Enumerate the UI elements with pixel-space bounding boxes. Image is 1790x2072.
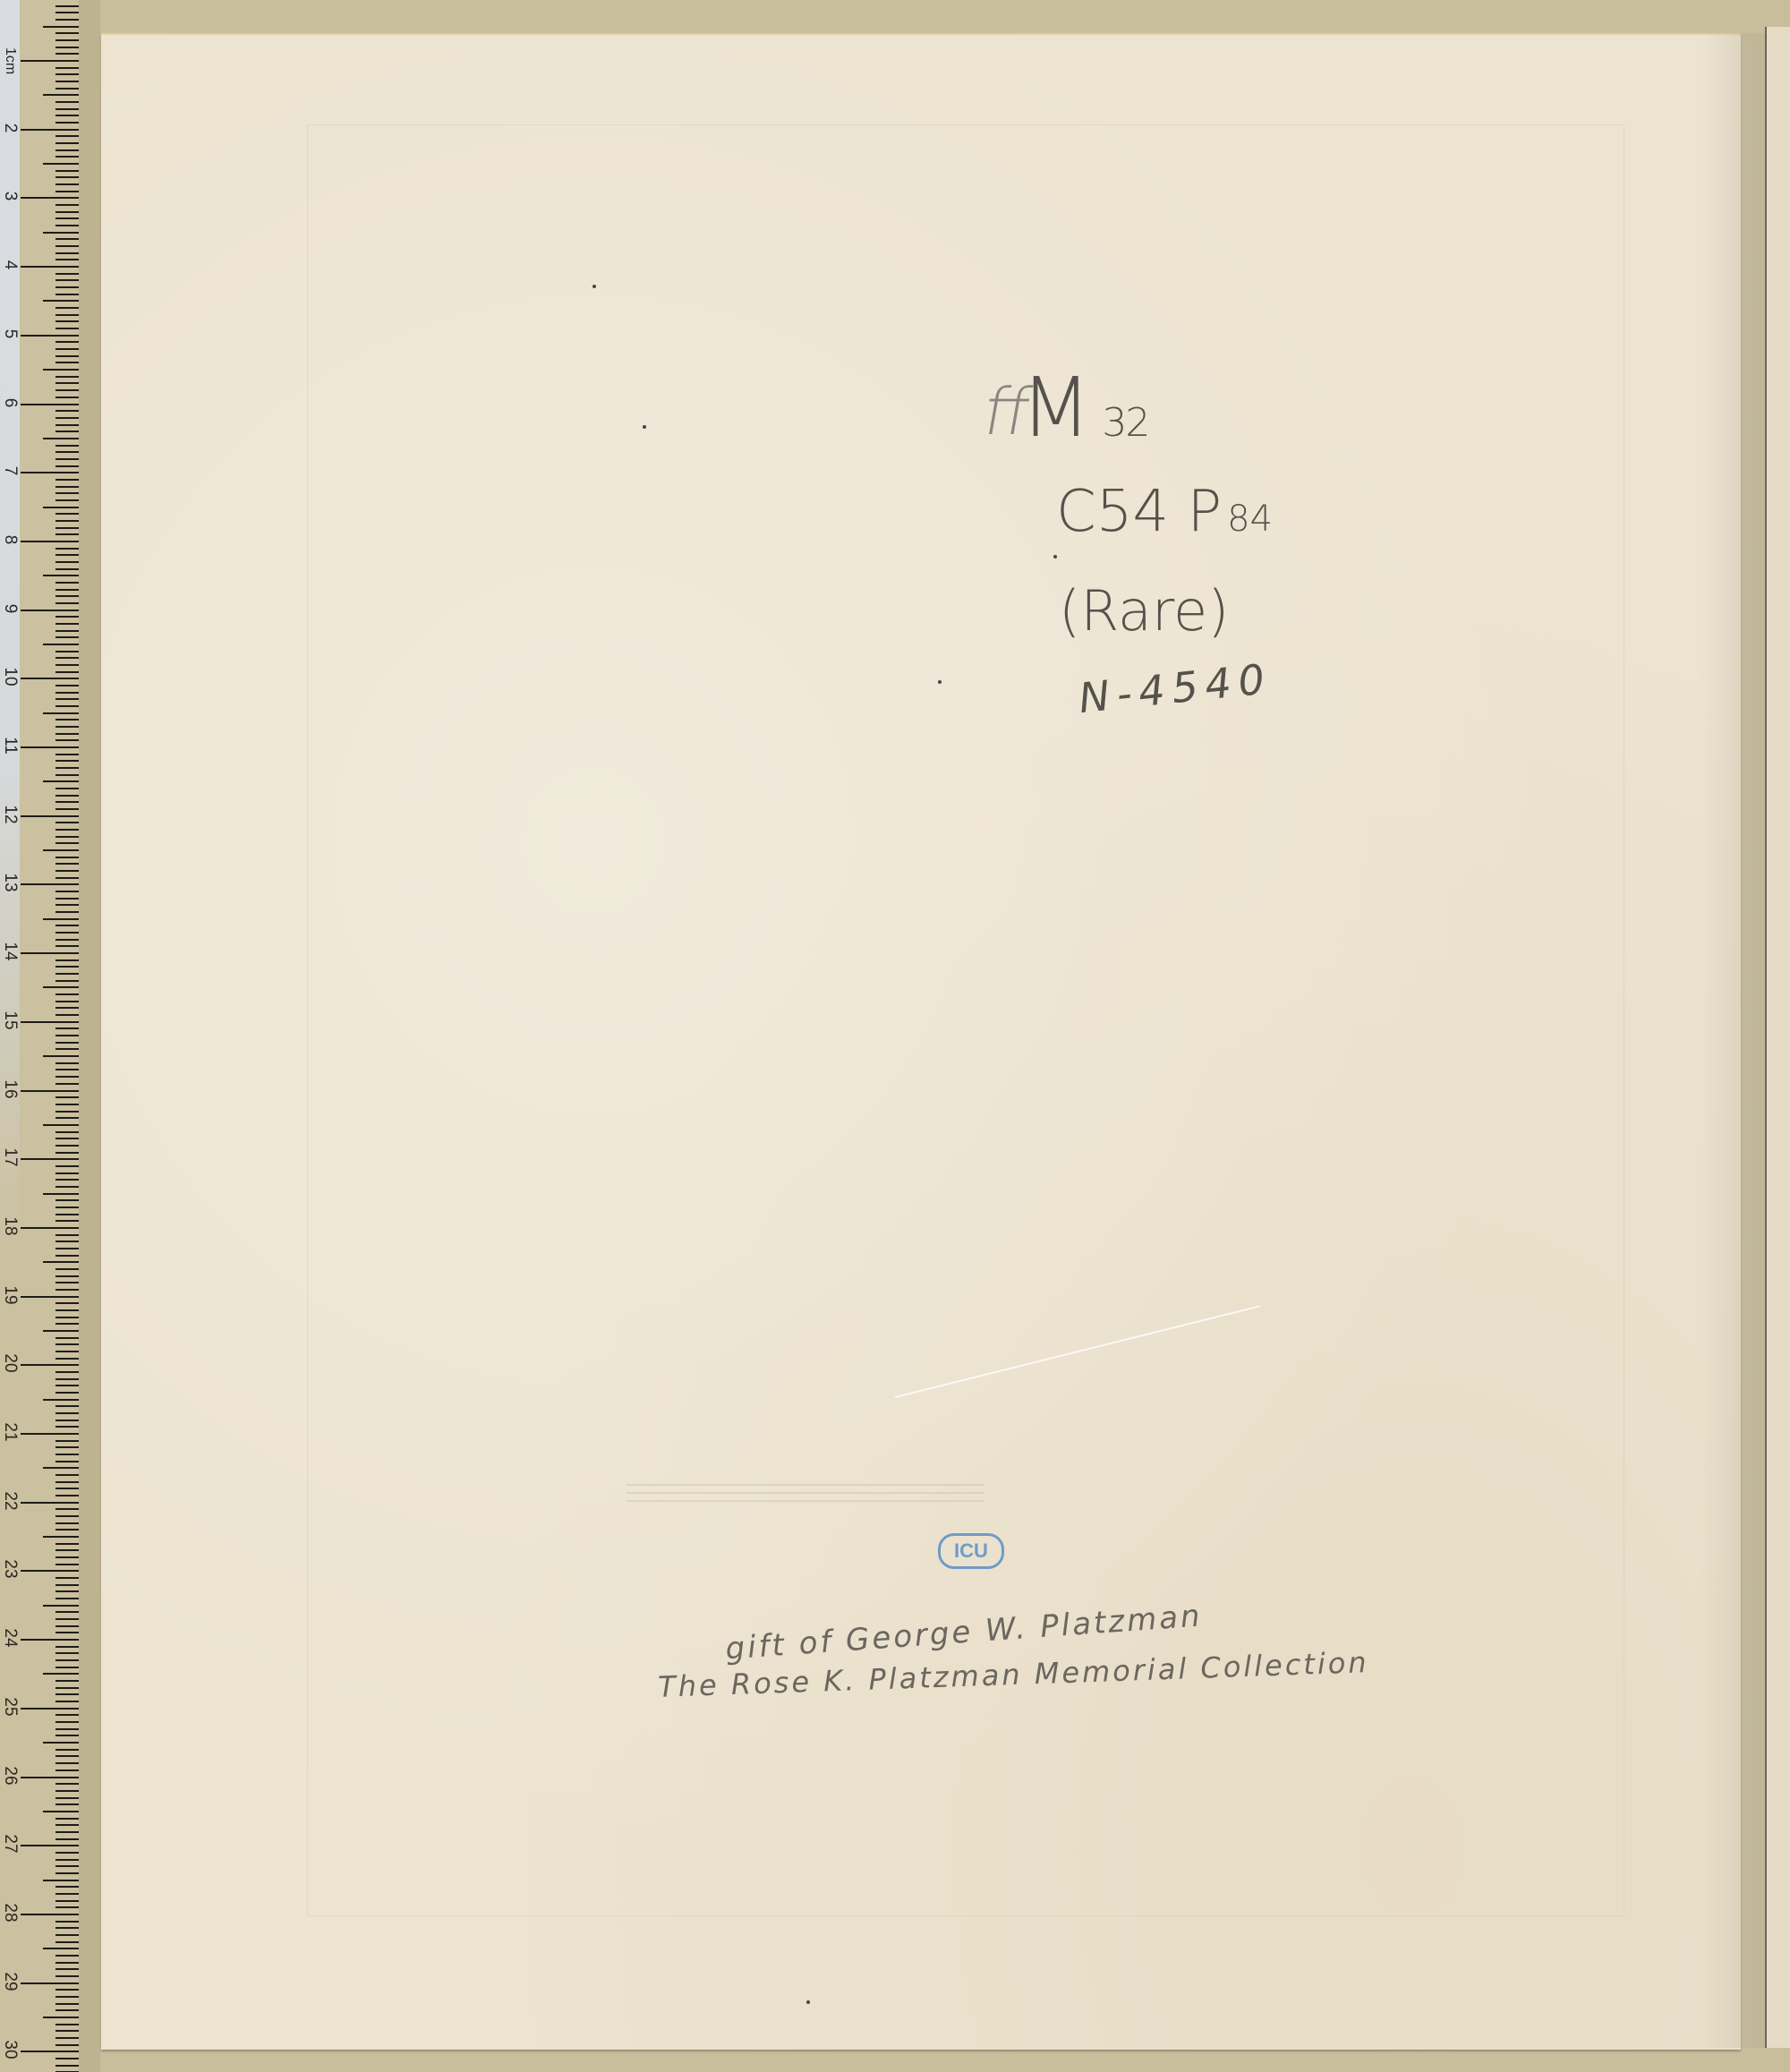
ruler-tick [55,1268,79,1270]
ruler-tick [55,671,79,673]
ruler-tick [55,1934,79,1936]
ruler-tick [55,1968,79,1970]
ruler-tick [55,328,79,329]
ruler-tick [55,47,79,48]
ruler-tick [55,1590,79,1592]
ruler-tick [55,1556,79,1558]
ruler-tick [55,1027,79,1029]
ruler-tick [43,1399,79,1401]
ruler-number: 8 [0,530,20,550]
ruler-tick [21,815,79,817]
ruler-tick [55,1728,79,1730]
ruler-tick [55,1248,79,1249]
ruler-tick [55,911,79,913]
ruler-tick [55,1392,79,1394]
ruler-tick [55,932,79,934]
ruler-tick [43,986,79,988]
ruler-tick [55,1646,79,1648]
ruler-tick [55,88,79,90]
ruler-tick [21,2051,79,2052]
ruler-tick [55,279,79,281]
ruler-tick [55,589,79,591]
ruler-number: 6 [0,393,20,413]
ruler-tick [43,644,79,645]
ruler-tick [55,5,79,7]
ruler-tick [55,183,79,185]
ruler-tick [55,115,79,116]
ruler-tick [55,1117,79,1119]
ruler-tick [55,891,79,892]
ruler-tick [21,1845,79,1846]
ruler-tick [55,1962,79,1964]
ruler-tick [55,754,79,755]
ruler-tick [21,472,79,473]
ruler-tick [55,204,79,206]
ruler-tick [43,1605,79,1607]
library-stamp: ICU [938,1533,1004,1569]
ruler-number: 21 [0,1422,20,1442]
ruler-tick [55,1302,79,1304]
ruler-tick [21,1914,79,1915]
ruler-tick [55,1529,79,1531]
ruler-tick [55,1790,79,1792]
ruler-tick [55,1872,79,1874]
document-page [101,33,1741,2050]
ruler-tick [55,623,79,625]
ruler-tick [55,142,79,144]
ruler-tick [21,610,79,611]
ruler-tick [21,266,79,268]
ruler-tick [55,1701,79,1702]
ruler-tick [43,1948,79,1949]
ruler-tick [55,1440,79,1442]
ruler-tick [21,1777,79,1778]
ruler-tick [43,2017,79,2018]
ruler-tick [21,678,79,679]
ruler-tick [55,135,79,137]
ruler-tick [55,1488,79,1489]
ruler-tick [55,719,79,721]
ruler-tick [55,225,79,226]
ruler-tick [55,863,79,865]
ruler-tick [55,829,79,831]
bleed-through-text [626,1484,984,1502]
ruler-tick [55,1941,79,1943]
ruler-number: 23 [0,1559,20,1579]
ruler-tick [55,1358,79,1360]
ruler-tick [55,726,79,728]
ruler-tick [55,1104,79,1105]
ruler-tick [55,191,79,192]
ruler-tick [43,300,79,302]
ruler-tick [55,245,79,247]
ruler-tick [21,1364,79,1366]
ruler-tick [21,883,79,885]
ruler-tick [55,314,79,316]
ruler-tick [55,1152,79,1154]
ruler-tick [55,1659,79,1661]
ruler-tick [55,499,79,501]
ruler-tick [55,1069,79,1070]
ruler-tick [55,1831,79,1833]
ruler-tick [55,1042,79,1044]
call-number-class: M [1020,360,1089,456]
ruler-tick [55,898,79,900]
ruler-tick [55,122,79,124]
ruler-tick [55,1762,79,1764]
ruler-tick [21,541,79,542]
ruler-tick [55,1426,79,1428]
ruler-tick [55,376,79,378]
ruler-tick [43,1124,79,1126]
ruler-tick [55,12,79,13]
ruler-tick [55,1906,79,1908]
ruler-tick [55,657,79,659]
ruler-tick [55,1989,79,1991]
ruler-tick [55,568,79,570]
paper-speck [938,680,942,684]
ruler-tick [55,1818,79,1820]
ruler-tick [55,176,79,178]
ruler-tick [55,636,79,638]
ruler-tick [55,1632,79,1633]
ruler-tick [43,1742,79,1744]
ruler-number: 9 [0,599,20,618]
ruler-tick [21,197,79,199]
ruler-tick [55,1007,79,1009]
ruler-number: 2 [0,118,20,138]
ruler-tick [43,1055,79,1057]
ruler-tick [55,685,79,686]
ruler-tick [55,1199,79,1201]
ruler-tick [55,842,79,844]
ruler-tick [55,739,79,741]
ruler-tick [21,1570,79,1572]
ruler-tick [55,1755,79,1757]
ruler-tick [21,1158,79,1160]
ruler-tick [55,966,79,968]
ruler-tick [55,2058,79,2059]
ruler-tick [55,616,79,618]
ruler-tick [21,404,79,405]
ruler-tick [55,904,79,906]
ruler-tick [55,925,79,926]
ruler-tick [55,1317,79,1318]
ruler-tick [55,1385,79,1386]
paper-speck [592,285,596,288]
ruler-tick [55,1179,79,1181]
ruler-number: 26 [0,1766,20,1786]
ruler-tick [55,1309,79,1311]
ruler-number: 17 [0,1147,20,1167]
ruler-tick [55,1214,79,1215]
ruler-tick [55,19,79,21]
ruler-tick [55,108,79,110]
ruler-tick [55,1611,79,1613]
ruler-tick [55,870,79,872]
ruler-tick [55,252,79,254]
ruler-tick [55,1062,79,1064]
ruler-tick [55,39,79,41]
ruler-tick [55,2024,79,2025]
ruler-tick [55,1769,79,1771]
ruler-tick [55,1131,79,1133]
ruler-tick [55,1543,79,1545]
ruler-tick [43,1261,79,1263]
ruler-tick [21,335,79,337]
ruler-tick [55,81,79,82]
ruler-tick [55,417,79,419]
ruler-tick [43,163,79,165]
ruler-tick [55,1234,79,1236]
ruler-tick [55,238,79,240]
ruler-tick [55,273,79,275]
binding-spine [1765,27,1790,2048]
ruler-tick [55,73,79,75]
ruler-tick [55,156,79,158]
ruler-tick [55,1598,79,1599]
ruler-tick [55,1001,79,1002]
ruler-tick [55,1797,79,1799]
ruler-tick [21,1227,79,1229]
ruler-number: 30 [0,2040,20,2059]
ruler-tick [55,170,79,172]
ruler-tick [55,1371,79,1373]
ruler-tick [55,1289,79,1291]
ruler-tick [21,60,79,62]
ruler-tick [55,1454,79,1455]
ruler-tick [55,348,79,350]
ruler-tick [55,1337,79,1339]
ruler-tick [55,486,79,488]
ruler-tick [43,507,79,508]
ruler-tick [55,1495,79,1496]
ruler-tick [55,1618,79,1620]
ruler-tick [55,320,79,322]
ruler-tick [55,1083,79,1085]
ruler-tick [55,801,79,803]
ruler-tick [43,780,79,782]
ruler-tick [55,959,79,961]
ruler-tick [55,217,79,219]
ruler-tick [55,582,79,584]
ruler-tick [55,211,79,213]
ruler-tick [55,2003,79,2005]
call-number-line-2: C54 P84 [1056,479,1273,545]
ruler-tick [55,1351,79,1352]
ruler-tick [55,32,79,34]
ruler-number: 5 [0,324,20,344]
ruler-tick [55,1111,79,1113]
ruler-tick [55,294,79,295]
ruler-number: 27 [0,1834,20,1854]
ruler-tick [21,1090,79,1092]
paper-speck [643,425,646,429]
ruler-number: 15 [0,1010,20,1030]
ruler-tick [55,527,79,529]
ruler-tick [55,1714,79,1716]
ruler-tick [55,595,79,597]
ruler-tick [55,2044,79,2046]
ruler-number: 25 [0,1697,20,1717]
ruler-tick [55,1461,79,1462]
ruler-tick [55,1508,79,1510]
call-number-cutter: C54 P [1056,479,1222,545]
ruler-tick [55,1412,79,1414]
ruler-tick [43,1536,79,1538]
ruler-tick [55,945,79,947]
ruler-tick [55,1783,79,1785]
ruler-tick [21,1021,79,1023]
ruler-tick [43,918,79,920]
ruler-tick [55,1577,79,1579]
ruler-tick [55,1323,79,1325]
ruler-tick [55,1255,79,1257]
ruler-tick [55,1687,79,1689]
ruler-tick [55,53,79,55]
ruler-tick [55,1921,79,1923]
ruler-tick [21,1708,79,1710]
ruler-tick [55,760,79,762]
ruler-tick [55,692,79,694]
ruler-tick [55,1446,79,1448]
ruler-tick [55,664,79,666]
ruler-tick [43,1880,79,1881]
ruler-number: 29 [0,1972,20,1991]
ruler-tick [55,1048,79,1050]
ruler-tick [55,1652,79,1654]
ruler-tick [43,1330,79,1332]
ruler-tick [55,424,79,426]
ruler-tick [55,533,79,535]
ruler-tick [55,774,79,776]
ruler-tick [55,1859,79,1861]
ruler-number: 11 [0,736,20,755]
ruler-tick [55,561,79,563]
ruler-tick [43,438,79,439]
ruler-tick [55,465,79,467]
ruler-tick [55,1893,79,1895]
ruler-tick [55,67,79,69]
ruler-tick [55,451,79,453]
ruler-tick [43,369,79,371]
ruler-tick [43,232,79,234]
ruler-tick [55,2009,79,2011]
ruler-tick [55,1343,79,1345]
ruler-tick [21,129,79,131]
ruler-tick [55,795,79,797]
ruler-tick [55,1886,79,1888]
paper-speck [1053,555,1057,559]
ruler-tick [55,1667,79,1668]
ruler-tick [55,1145,79,1147]
ruler-tick [55,1852,79,1854]
ruler-tick [55,1564,79,1565]
ruler-tick [55,1838,79,1840]
ruler-number: 10 [0,667,20,686]
ruler-tick [55,1522,79,1524]
ruler-tick [43,1193,79,1195]
ruler-number: 3 [0,186,20,206]
ruler-tick [55,822,79,823]
ruler-tick [55,788,79,789]
ruler-tick [55,1405,79,1407]
ruler-tick [55,101,79,103]
ruler-tick [21,1433,79,1435]
ruler-tick [55,479,79,481]
ruler-tick [43,1673,79,1675]
ruler-tick [55,1927,79,1929]
call-number-line-1: M32 [1020,360,1148,456]
ruler-tick [55,1865,79,1867]
ruler-tick [43,1467,79,1469]
ruler-tick [55,1282,79,1283]
ruler-tick [21,952,79,954]
ruler-tick [55,1584,79,1586]
ruler-tick [55,1014,79,1016]
ruler-tick [55,1803,79,1805]
ruler-tick [55,1625,79,1627]
ruler-tick [55,513,79,515]
measuring-ruler: 1cm 234567891011121314151617181920212223… [0,0,81,2072]
ruler-tick [55,1721,79,1723]
ruler-tick [55,1076,79,1078]
ruler-tick [43,849,79,851]
ruler-number: 20 [0,1353,20,1373]
ruler-tick [55,2065,79,2067]
ruler-tick [21,1296,79,1298]
ruler-tick [55,149,79,151]
ruler-tick [55,1955,79,1957]
ruler-tick [43,712,79,714]
ruler-tick [55,1474,79,1476]
ruler-number: 14 [0,942,20,961]
ruler-tick [55,396,79,398]
ruler-tick [55,808,79,810]
ruler-tick [55,767,79,769]
ruler-number: 7 [0,461,20,481]
ruler-tick [55,362,79,363]
ruler-tick [55,1207,79,1208]
ruler-tick [55,1735,79,1736]
ruler-tick [55,355,79,357]
ruler-tick [55,2030,79,2032]
ruler-tick [55,520,79,522]
ruler-tick [55,1749,79,1751]
ruler-tick [55,382,79,384]
ruler-tick [55,836,79,838]
ruler-tick [55,1186,79,1188]
ruler-tick [55,492,79,494]
ruler-tick [55,877,79,879]
ruler-tick [55,1172,79,1174]
ruler-tick [55,1680,79,1682]
ruler-tick [55,341,79,343]
ruler-tick [43,1811,79,1812]
ruler-tick [55,1693,79,1695]
ruler-tick [55,259,79,260]
ruler-tick [55,630,79,632]
ruler-tick [55,548,79,550]
ruler-tick [55,733,79,735]
ruler-tick [55,1900,79,1902]
ruler-tick [55,651,79,652]
ruler-tick [43,94,79,96]
ruler-tick [55,973,79,975]
ruler-tick [55,1481,79,1483]
ruler-tick [55,1035,79,1036]
ruler-tick [21,1639,79,1641]
